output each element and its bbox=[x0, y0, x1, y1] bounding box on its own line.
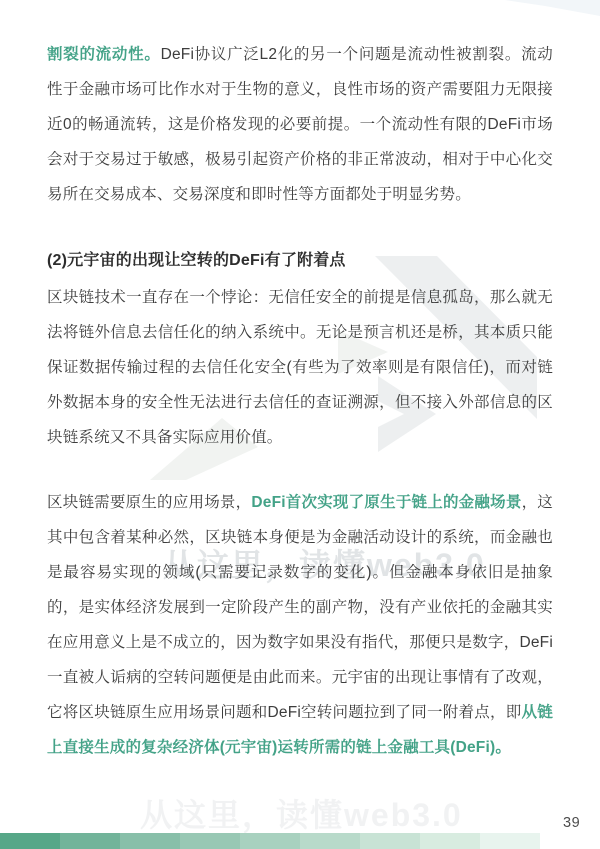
footer-bar-segment bbox=[60, 833, 120, 849]
footer-bar-segment bbox=[0, 833, 60, 849]
footer-bar-segment bbox=[240, 833, 300, 849]
section-heading: (2)元宇宙的出现让空转的DeFi有了附着点 bbox=[47, 243, 346, 278]
report-page: 从这里，读懂web3.0 从这里，读懂web3.0 割裂的流动性。DeFi协议广… bbox=[0, 0, 600, 849]
corner-decoration bbox=[505, 0, 600, 16]
paragraph1-lead: 割裂的流动性。 bbox=[47, 46, 161, 63]
footer-gradient-bar bbox=[0, 833, 540, 849]
paragraph1-body: DeFi协议广泛L2化的另一个问题是流动性被割裂。流动性于金融市场可比作水对于生… bbox=[47, 46, 553, 203]
footer-bar-segment bbox=[180, 833, 240, 849]
footer-bar-segment bbox=[480, 833, 540, 849]
paragraph3-mid: ，这其中包含着某种必然，区块链本身便是为金融活动设计的系统，而金融也是最容易实现… bbox=[47, 494, 553, 721]
footer-bar-segment bbox=[360, 833, 420, 849]
footer-bar-segment bbox=[300, 833, 360, 849]
paragraph-native-scenario: 区块链需要原生的应用场景，DeFi首次实现了原生于链上的金融场景，这其中包含着某… bbox=[47, 485, 553, 765]
page-number: 39 bbox=[563, 815, 580, 831]
paragraph3-pre: 区块链需要原生的应用场景， bbox=[47, 494, 251, 511]
paragraph-blockchain-paradox: 区块链技术一直存在一个悖论：无信任安全的前提是信息孤岛，那么就无法将链外信息去信… bbox=[47, 280, 553, 455]
paragraph3-emphasis-1: DeFi首次实现了原生于链上的金融场景 bbox=[251, 494, 521, 511]
footer-bar-segment bbox=[420, 833, 480, 849]
footer-bar-segment bbox=[120, 833, 180, 849]
paragraph-fragmented-liquidity: 割裂的流动性。DeFi协议广泛L2化的另一个问题是流动性被割裂。流动性于金融市场… bbox=[47, 37, 553, 212]
watermark-slogan-bottom: 从这里，读懂web3.0 bbox=[140, 790, 463, 836]
